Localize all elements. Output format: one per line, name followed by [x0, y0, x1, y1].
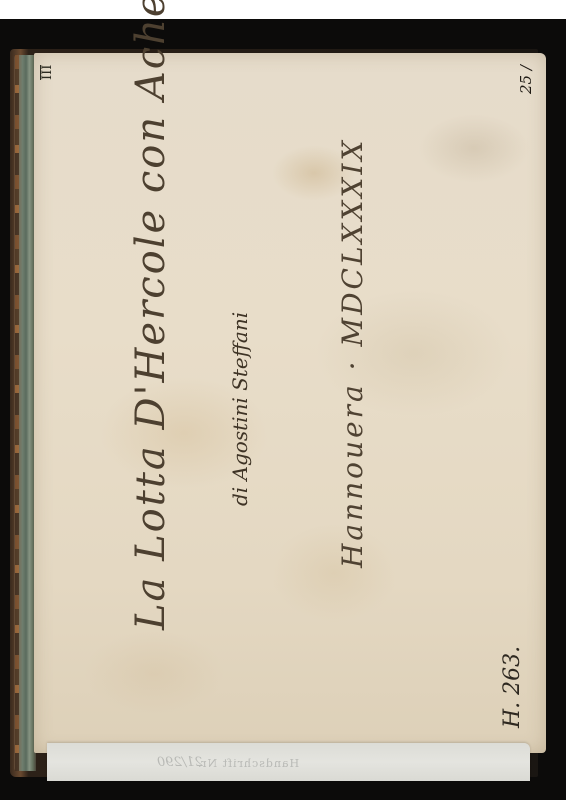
label-slip-text: Handschrift Nr.: [197, 757, 299, 770]
label-slip-number: 21/290: [157, 755, 203, 770]
page-block-edge: [14, 55, 36, 771]
folio-number: 25 /: [517, 65, 535, 94]
place-date-text: Hannouera · MDCLXXXIX: [336, 138, 369, 568]
title-text: La Lotta D'Hercole con Acheloo: [128, 0, 174, 630]
shelf-mark: H. 263.: [500, 646, 525, 728]
author-text: di Agostini Steffani: [228, 312, 252, 506]
manuscript-page: [34, 53, 546, 753]
library-label-slip: 21/290 Handschrift Nr.: [47, 743, 530, 781]
volume-mark: III: [40, 65, 54, 80]
